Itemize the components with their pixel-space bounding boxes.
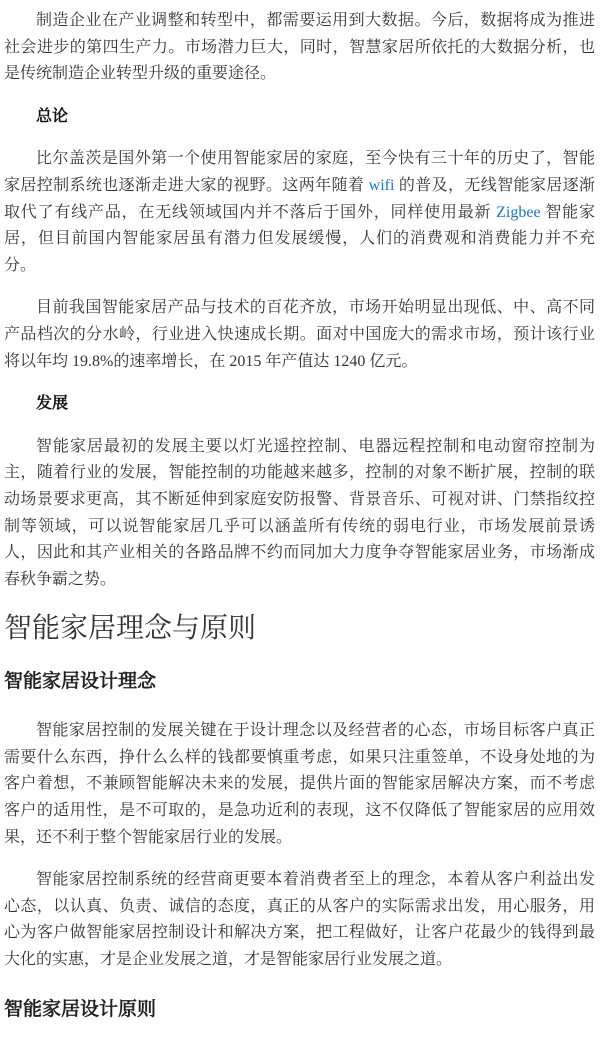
wifi-link[interactable]: wifi	[369, 177, 395, 194]
paragraph-big-data: 制造企业在产业调整和转型中，都需要运用到大数据。今后，数据将成为推进社会进步的第…	[4, 8, 595, 88]
article-body: 制造企业在产业调整和转型中，都需要运用到大数据。今后，数据将成为推进社会进步的第…	[0, 0, 600, 1023]
paragraph-design-concept-1: 智能家居控制的发展关键在于设计理念以及经营者的心态，市场目标客户真正需要什么东西…	[4, 718, 595, 851]
paragraph-overview-1: 比尔盖茨是国外第一个使用智能家居的家庭，至今快有三十年的历史了，智能家居控制系统…	[4, 146, 595, 279]
heading-design-concept: 智能家居设计理念	[4, 669, 595, 695]
heading-overview: 总论	[4, 104, 595, 131]
paragraph-development: 智能家居最初的发展主要以灯光遥控控制、电器远程控制和电动窗帘控制为主，随着行业的…	[4, 434, 595, 594]
heading-concepts-and-principles: 智能家居理念与原则	[4, 610, 595, 646]
paragraph-design-concept-2: 智能家居控制系统的经营商更要本着消费者至上的理念，本着从客户利益出发心态，以认真…	[4, 867, 595, 973]
zigbee-link[interactable]: Zigbee	[496, 204, 540, 221]
heading-development: 发展	[4, 391, 595, 418]
heading-design-principles: 智能家居设计原则	[4, 997, 595, 1023]
document-page: { "page": { "background": "#ffffff", "bo…	[0, 0, 600, 1023]
paragraph-overview-2: 目前我国智能家居产品与技术的百花齐放，市场开始明显出现低、中、高不同产品档次的分…	[4, 295, 595, 375]
